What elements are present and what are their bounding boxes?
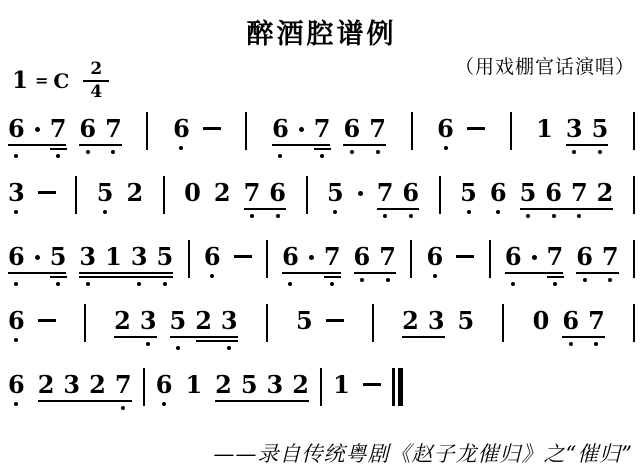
note-digit: 7 (324, 242, 341, 272)
note-digit: 2 (402, 306, 419, 336)
barline (489, 240, 491, 278)
note-group: 5 (296, 306, 313, 336)
half-note-dash (38, 306, 56, 336)
half-note-dash (467, 114, 485, 144)
key-equals-sign: = (35, 71, 48, 90)
note-group: 0 (184, 178, 201, 208)
note-group: 67 (282, 242, 340, 272)
beam-underline (215, 400, 309, 402)
note-digit: 6 (8, 242, 25, 272)
dash-glyph (38, 191, 56, 194)
octave-dot (56, 154, 60, 158)
note-group: 6 (427, 242, 444, 272)
measure: 612532 (156, 370, 309, 400)
note-digit: 2 (114, 306, 131, 336)
measure: 6767 (8, 114, 122, 144)
barline (188, 240, 190, 278)
octave-dot (163, 282, 167, 286)
note-digit: 6 (490, 178, 507, 208)
note-digit: 6 (269, 178, 286, 208)
augmentation-dot (357, 178, 364, 208)
beam-underline (38, 400, 132, 402)
note-digit: 6 (79, 114, 96, 144)
note-digit: 2 (89, 370, 106, 400)
octave-dot (577, 214, 581, 218)
octave-dot (14, 402, 18, 406)
note-group: 1 (536, 114, 553, 144)
notation-line: 6235235235067 (8, 306, 635, 370)
note-group: 76 (244, 178, 286, 208)
note-group: 35 (566, 114, 608, 144)
beam-underline (272, 144, 330, 146)
octave-dot (526, 214, 530, 218)
time-signature-denominator: 4 (90, 82, 102, 102)
octave-dot (433, 274, 437, 278)
octave-dot (496, 210, 500, 214)
time-signature: 2 4 (83, 60, 109, 101)
measure: 576 (327, 178, 419, 208)
final-barline (392, 368, 403, 406)
measure: 6 (204, 242, 252, 272)
final-thin-line (392, 368, 395, 406)
measure: 5 (296, 306, 344, 336)
octave-dot (288, 282, 292, 286)
measure: 135 (536, 114, 608, 144)
beam-underline (8, 144, 66, 146)
note-digit: 6 (402, 178, 419, 208)
octave-dot (553, 282, 557, 286)
beam-underline (343, 144, 385, 146)
beam-underline (324, 276, 341, 278)
octave-dot (467, 210, 471, 214)
note-group: 6 (8, 306, 25, 336)
beam-underline (282, 272, 340, 274)
beam-underline (170, 336, 238, 338)
octave-dot (137, 282, 141, 286)
beam-underline (377, 208, 419, 210)
note-group (456, 242, 474, 272)
octave-dot (162, 402, 166, 406)
barline (633, 176, 635, 214)
octave-dot (333, 210, 337, 214)
note-group: 6 (490, 178, 507, 208)
half-note-dash (38, 178, 56, 208)
note-digit: 7 (588, 306, 605, 336)
octave-dot (14, 210, 18, 214)
note-digit: 7 (377, 178, 394, 208)
note-digit: 5 (97, 178, 114, 208)
notation-line: 6531356676766767 (8, 242, 635, 306)
octave-dot (250, 214, 254, 218)
note-digit: 3 (221, 306, 238, 336)
notation-line: 3520276576565672 (8, 178, 635, 242)
octave-dot (330, 282, 334, 286)
note-group: 67 (505, 242, 563, 272)
note-group (234, 242, 252, 272)
note-group (363, 370, 381, 400)
note-digit: 3 (140, 306, 157, 336)
barline (143, 368, 145, 406)
note-digit: 3 (131, 242, 148, 272)
measure: 1 (333, 370, 381, 400)
measure: 6 (173, 114, 221, 144)
barline (502, 304, 504, 342)
note-group: 1 (333, 370, 350, 400)
note-digit: 1 (105, 242, 122, 272)
note-group: 523 (170, 306, 238, 336)
note-digit: 6 (576, 242, 593, 272)
note-group: 23 (402, 306, 444, 336)
note-group: 1 (185, 370, 202, 400)
note-digit: 2 (292, 370, 309, 400)
dash-glyph (456, 255, 474, 258)
augmentation-dot (34, 114, 41, 144)
note-group: 6 (204, 242, 221, 272)
notation: 6767667676135352027657656567265313566767… (8, 106, 635, 434)
octave-dot (14, 154, 18, 158)
note-digit: 7 (602, 242, 619, 272)
note-digit: 3 (267, 370, 284, 400)
barline (306, 176, 308, 214)
half-note-dash (456, 242, 474, 272)
final-thick-line (398, 368, 403, 406)
measure: 6 (427, 242, 475, 272)
octave-dot (409, 214, 413, 218)
barline (410, 240, 412, 278)
augmentation-dot (298, 114, 305, 144)
note-digit: 3 (63, 370, 80, 400)
barline (439, 176, 441, 214)
time-signature-numerator: 2 (83, 60, 109, 82)
beam-underline (79, 272, 173, 274)
note-group: 6 (8, 370, 25, 400)
barline (411, 112, 413, 150)
page-title: 醉酒腔谱例 (8, 0, 635, 46)
note-group: 67 (272, 114, 330, 144)
note-digit: 0 (184, 178, 201, 208)
octave-dot (583, 278, 587, 282)
key-signature: 1 = C 2 4 (12, 60, 109, 101)
note-digit: 6 (272, 114, 289, 144)
note-digit: 2 (215, 370, 232, 400)
note-group: 6 (437, 114, 454, 144)
beam-underline (566, 144, 608, 146)
note-group: 3135 (79, 242, 173, 272)
beam-underline (505, 272, 563, 274)
beam-underline (547, 276, 564, 278)
barline (245, 112, 247, 150)
octave-dot (360, 278, 364, 282)
octave-dot (14, 338, 18, 342)
octave-dot (146, 342, 150, 346)
note-group (38, 306, 56, 336)
note-group: 67 (562, 306, 604, 336)
beam-underline (244, 208, 286, 210)
note-digit: 6 (545, 178, 562, 208)
measure: 6767 (282, 242, 396, 272)
note-digit: 7 (50, 114, 67, 144)
beam-underline (50, 148, 67, 150)
half-note-dash (363, 370, 381, 400)
note-digit: 5 (460, 178, 477, 208)
note-digit: 7 (244, 178, 261, 208)
dot-glyph (532, 255, 537, 260)
note-digit: 5 (50, 242, 67, 272)
beam-underline (354, 272, 396, 274)
note-group: 67 (354, 242, 396, 272)
note-digit: 1 (536, 114, 553, 144)
note-group: 67 (343, 114, 385, 144)
barline (163, 176, 165, 214)
beam-underline (79, 276, 173, 278)
note-group: 5 (460, 178, 477, 208)
octave-dot (56, 282, 60, 286)
measure: 653135 (8, 242, 173, 272)
octave-dot (552, 214, 556, 218)
octave-dot (103, 210, 107, 214)
note-digit: 6 (354, 242, 371, 272)
notation-line: 623276125321 (8, 370, 403, 434)
measure: 6767 (272, 114, 386, 144)
octave-dot (320, 154, 324, 158)
note-group: 67 (576, 242, 618, 272)
beam-underline (50, 276, 67, 278)
measure: 0276 (184, 178, 286, 208)
note-group: 2327 (38, 370, 132, 400)
measure: 62327 (8, 370, 132, 400)
beam-underline (576, 272, 618, 274)
octave-dot (86, 150, 90, 154)
beam-underline (79, 144, 121, 146)
dot-glyph (35, 127, 40, 132)
note-digit: 6 (156, 370, 173, 400)
measure: 565672 (460, 178, 613, 208)
dash-glyph (38, 319, 56, 322)
note-digit: 1 (333, 370, 350, 400)
dash-glyph (363, 383, 381, 386)
note-digit: 5 (592, 114, 609, 144)
octave-dot (598, 150, 602, 154)
note-digit: 6 (505, 242, 522, 272)
note-group: 3 (8, 178, 25, 208)
measure: 067 (533, 306, 605, 336)
beam-underline (114, 336, 156, 338)
note-group: 2 (126, 178, 143, 208)
note-digit: 6 (427, 242, 444, 272)
note-group: 2 (214, 178, 231, 208)
octave-dot (511, 282, 515, 286)
dot-glyph (358, 191, 363, 196)
octave-dot (350, 150, 354, 154)
note-digit: 7 (547, 242, 564, 272)
key-tonic: 1 (12, 67, 28, 94)
half-note-dash (203, 114, 221, 144)
note-digit: 6 (8, 306, 25, 336)
barline (266, 240, 268, 278)
attribution: ——录自传统粤剧《赵子龙催归》之“催归” (8, 438, 635, 468)
octave-dot (14, 282, 18, 286)
note-group: 5 (458, 306, 475, 336)
note-digit: 3 (79, 242, 96, 272)
note-digit: 5 (296, 306, 313, 336)
note-digit: 0 (533, 306, 550, 336)
note-digit: 6 (437, 114, 454, 144)
note-digit: 2 (38, 370, 55, 400)
dash-glyph (203, 127, 221, 130)
note-digit: 6 (173, 114, 190, 144)
octave-dot (572, 150, 576, 154)
octave-dot (278, 154, 282, 158)
beam-underline (520, 208, 614, 210)
note-group: 6 (156, 370, 173, 400)
dot-glyph (35, 255, 40, 260)
octave-dot (276, 214, 280, 218)
note-digit: 6 (282, 242, 299, 272)
measure: 6 (8, 306, 56, 336)
beam-underline (314, 148, 331, 150)
octave-dot (594, 342, 598, 346)
octave-dot (608, 278, 612, 282)
note-group: 23 (114, 306, 156, 336)
octave-dot (179, 146, 183, 150)
barline (146, 112, 148, 150)
note-digit: 7 (105, 114, 122, 144)
dot-glyph (309, 255, 314, 260)
half-note-dash (326, 306, 344, 336)
barline (320, 368, 322, 406)
octave-dot (386, 278, 390, 282)
note-digit: 2 (195, 306, 212, 336)
note-digit: 3 (8, 178, 25, 208)
note-digit: 7 (369, 114, 386, 144)
note-group (326, 306, 344, 336)
beam-underline (8, 272, 66, 274)
note-digit: 5 (157, 242, 174, 272)
note-digit: 5 (241, 370, 258, 400)
note-digit: 6 (8, 114, 25, 144)
note-digit: 6 (343, 114, 360, 144)
octave-dot (227, 346, 231, 350)
octave-dot (176, 346, 180, 350)
note-digit: 5 (170, 306, 187, 336)
performance-note: （用戏棚官话演唱） (455, 52, 635, 79)
half-note-dash (234, 242, 252, 272)
measure: 52 (97, 178, 143, 208)
note-digit: 6 (562, 306, 579, 336)
dash-glyph (467, 127, 485, 130)
barline (84, 304, 86, 342)
note-group (203, 114, 221, 144)
octave-dot (569, 342, 573, 346)
octave-dot (121, 406, 125, 410)
note-group (357, 178, 364, 208)
dash-glyph (326, 319, 344, 322)
barline (510, 112, 512, 150)
note-group: 76 (377, 178, 419, 208)
octave-dot (376, 150, 380, 154)
note-group: 67 (8, 114, 66, 144)
note-group: 67 (79, 114, 121, 144)
dot-glyph (299, 127, 304, 132)
measure: 3 (8, 178, 56, 208)
note-group: 5 (327, 178, 344, 208)
octave-dot (86, 282, 90, 286)
note-digit: 3 (428, 306, 445, 336)
octave-dot (210, 274, 214, 278)
note-group: 5 (97, 178, 114, 208)
beam-underline (196, 340, 238, 342)
measure: 235 (402, 306, 474, 336)
barline (633, 240, 635, 278)
score-header-row: 1 = C 2 4 （用戏棚官话演唱） (8, 46, 635, 106)
augmentation-dot (308, 242, 315, 272)
note-digit: 2 (597, 178, 614, 208)
beam-underline (562, 336, 604, 338)
augmentation-dot (531, 242, 538, 272)
barline (266, 304, 268, 342)
note-group: 6 (173, 114, 190, 144)
note-digit: 5 (327, 178, 344, 208)
octave-dot (383, 214, 387, 218)
note-group: 0 (533, 306, 550, 336)
beam-underline (402, 336, 444, 338)
note-digit: 7 (571, 178, 588, 208)
note-group: 65 (8, 242, 66, 272)
score-page: 醉酒腔谱例 1 = C 2 4 （用戏棚官话演唱） 67676676761353… (0, 0, 643, 472)
note-digit: 1 (185, 370, 202, 400)
note-digit: 2 (126, 178, 143, 208)
note-group: 5672 (520, 178, 614, 208)
barline (372, 304, 374, 342)
note-digit: 7 (115, 370, 132, 400)
measure: 23523 (114, 306, 238, 336)
note-digit: 6 (8, 370, 25, 400)
note-group (38, 178, 56, 208)
note-digit: 3 (566, 114, 583, 144)
note-digit: 7 (379, 242, 396, 272)
barline (633, 112, 635, 150)
note-digit: 2 (214, 178, 231, 208)
note-digit: 5 (458, 306, 475, 336)
augmentation-dot (34, 242, 41, 272)
note-digit: 7 (314, 114, 331, 144)
barline (75, 176, 77, 214)
measure: 6 (437, 114, 485, 144)
note-digit: 6 (204, 242, 221, 272)
notation-line: 6767667676135 (8, 114, 635, 178)
octave-dot (444, 146, 448, 150)
dash-glyph (234, 255, 252, 258)
note-digit: 5 (520, 178, 537, 208)
octave-dot (111, 150, 115, 154)
note-group: 2532 (215, 370, 309, 400)
key-mode: C (53, 69, 69, 93)
measure: 6767 (505, 242, 619, 272)
barline (633, 304, 635, 342)
note-group (467, 114, 485, 144)
